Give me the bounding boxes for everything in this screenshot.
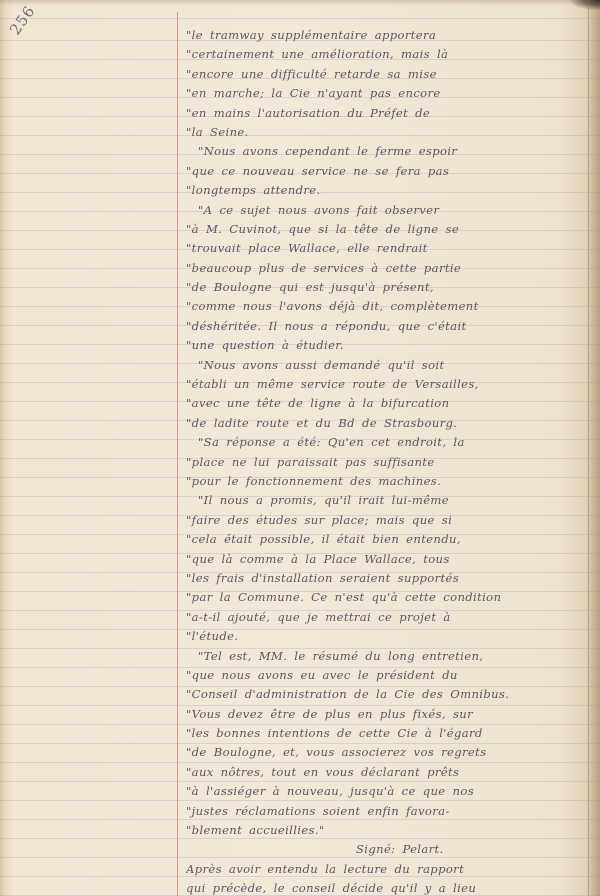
text-line: "Tel est, MM. le résumé du long entretie… <box>186 647 586 666</box>
text-line: "place ne lui paraissait pas suffisante <box>186 453 586 472</box>
text-line: "que là comme à la Place Wallace, tous <box>186 550 586 569</box>
text-line: "en marche; la Cie n'ayant pas encore <box>186 84 586 103</box>
text-line: "blement accueillies." <box>186 821 586 840</box>
text-line: "encore une difficulté retarde sa mise <box>186 65 586 84</box>
text-line: "beaucoup plus de services à cette parti… <box>186 259 586 278</box>
text-line: "faire des études sur place; mais que si <box>186 511 586 530</box>
text-line: "les frais d'installation seraient suppo… <box>186 569 586 588</box>
text-line: "par la Commune. Ce n'est qu'à cette con… <box>186 588 586 607</box>
page-edge <box>588 0 589 896</box>
text-line: "Conseil d'administration de la Cie des … <box>186 685 586 704</box>
text-line: qui précède, le conseil décide qu'il y a… <box>186 879 586 896</box>
text-line: "que nous avons eu avec le président du <box>186 666 586 685</box>
text-line: "de Boulogne, et, vous associerez vos re… <box>186 743 586 762</box>
text-line: "la Seine. <box>186 123 586 142</box>
text-line: "Sa réponse a été: Qu'en cet endroit, la <box>186 433 586 452</box>
text-line: "l'étude. <box>186 627 586 646</box>
text-line: "certainement une amélioration, mais là <box>186 45 586 64</box>
binding-corner <box>570 0 600 10</box>
text-line: "le tramway supplémentaire apportera <box>186 26 586 45</box>
signature-line: Signé: Pelart. <box>186 840 586 859</box>
text-line: "à M. Cuvinot, que si la tête de ligne s… <box>186 220 586 239</box>
text-line: "Nous avons aussi demandé qu'il soit <box>186 356 586 375</box>
text-line: "trouvait place Wallace, elle rendrait <box>186 239 586 258</box>
text-line: "avec une tête de ligne à la bifurcation <box>186 394 586 413</box>
text-line: "a-t-il ajouté, que je mettrai ce projet… <box>186 608 586 627</box>
page-top-shadow <box>0 0 600 6</box>
text-line: "les bonnes intentions de cette Cie à l'… <box>186 724 586 743</box>
text-line: "comme nous l'avons déjà dit, complèteme… <box>186 297 586 316</box>
text-line: "pour le fonctionnement des machines. <box>186 472 586 491</box>
text-line: "établi un même service route de Versail… <box>186 375 586 394</box>
handwritten-text-block: "le tramway supplémentaire apportera "ce… <box>186 26 586 896</box>
text-line: "déshéritée. Il nous a répondu, que c'ét… <box>186 317 586 336</box>
text-line: "une question à étudier. <box>186 336 586 355</box>
text-line: "de Boulogne qui est jusqu'à présent, <box>186 278 586 297</box>
text-line: "Il nous a promis, qu'il irait lui-même <box>186 491 586 510</box>
text-line: "aux nôtres, tout en vous déclarant prêt… <box>186 763 586 782</box>
text-line: "Nous avons cependant le ferme espoir <box>186 142 586 161</box>
manuscript-page: 256 "le tramway supplémentaire apportera… <box>0 0 600 896</box>
margin-rule <box>177 12 178 896</box>
text-line: "A ce sujet nous avons fait observer <box>186 201 586 220</box>
text-line: "à l'assiéger à nouveau, jusqu'à ce que … <box>186 782 586 801</box>
text-line: "que ce nouveau service ne se fera pas <box>186 162 586 181</box>
text-line: Après avoir entendu la lecture du rappor… <box>186 860 586 879</box>
text-line: "cela était possible, il était bien ente… <box>186 530 586 549</box>
text-line: "Vous devez être de plus en plus fixés, … <box>186 705 586 724</box>
text-line: "longtemps attendre. <box>186 181 586 200</box>
text-line: "de ladite route et du Bd de Strasbourg. <box>186 414 586 433</box>
text-line: "en mains l'autorisation du Préfet de <box>186 104 586 123</box>
text-line: "justes réclamations soient enfin favora… <box>186 802 586 821</box>
